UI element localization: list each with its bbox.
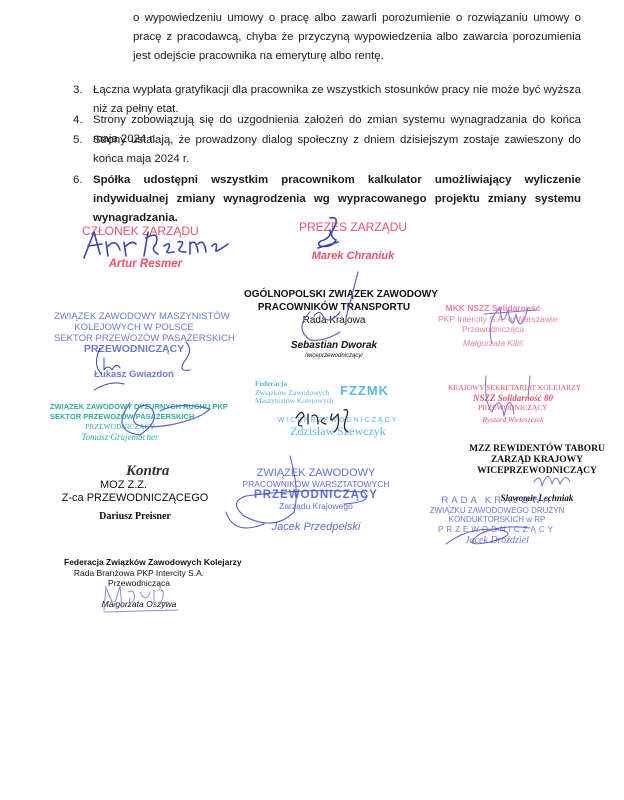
stamp-line: Zarządu Krajowego bbox=[236, 501, 396, 512]
signature-ksk: KRAJOWY SEKRETARIAT KOLEJARZY NSZZ Solid… bbox=[448, 383, 578, 425]
logo-text: FZZMK bbox=[340, 383, 389, 398]
signature-czlonek-zarzadu: CZŁONEK ZARZĄDU Artur Resmer bbox=[82, 224, 199, 270]
signatory-role: PRZEWODNICZĄCY bbox=[54, 344, 214, 355]
stamp-line: OGÓLNOPOLSKI ZWIĄZEK ZAWODOWY bbox=[244, 288, 424, 301]
signature-mkk-nszz: MKK NSZZ Solidarność PKP Intercity S.A. … bbox=[438, 303, 548, 348]
signatory-role: /wiceprzewodniczący/ bbox=[244, 352, 424, 360]
stamp-line: KOLEJOWYCH W POLSCE bbox=[54, 322, 214, 333]
signatory-name: Tomasz Grajemacher bbox=[50, 432, 190, 442]
stamp-line: PRACOWNIKÓW TRANSPORTU bbox=[244, 301, 424, 314]
stamp-line: Rada Branżowa PKP Intercity S.A. bbox=[64, 568, 214, 579]
signature-ozzpt: OGÓLNOPOLSKI ZWIĄZEK ZAWODOWY PRACOWNIKÓ… bbox=[244, 288, 424, 360]
stamp-line: MZZ REWIDENTÓW TABORU bbox=[462, 444, 612, 455]
signatory-name: Jacek Droździel bbox=[427, 536, 567, 546]
signatory-name: Ryszard Wieteszczek bbox=[448, 415, 578, 425]
signatory-name: Artur Resmer bbox=[92, 258, 199, 270]
list-item: 5. Strony ustalają, że prowadzony dialog… bbox=[73, 131, 581, 169]
signatory-name: Małgorzata Kiliś bbox=[438, 338, 548, 349]
stamp-title: CZŁONEK ZARZĄDU bbox=[82, 224, 199, 238]
stamp-line: KRAJOWY SEKRETARIAT KOLEJARZY bbox=[448, 383, 578, 393]
signatory-role: PRZEWODNICZĄCY bbox=[236, 490, 396, 501]
list-item-number: 4. bbox=[73, 111, 91, 130]
signatory-name: Zdzisław Szewczyk bbox=[268, 425, 408, 437]
signatory-role: PRZEWODNICZĄCY bbox=[448, 403, 578, 413]
stamp-line: ZARZĄD KRAJOWY bbox=[462, 455, 612, 466]
signature-zzpw: ZWIĄZEK ZAWODOWY PRACOWNIKÓW WARSZTATOWY… bbox=[236, 468, 396, 533]
signatory-role: Przewodnicząca bbox=[64, 578, 214, 589]
kontra-logo: Kontra bbox=[126, 463, 169, 480]
stamp-line: SEKTOR PRZEWOZÓW PASAŻERSKICH bbox=[50, 412, 190, 422]
signature-fzzk: Federacja Związków Zawodowych Kolejarzy … bbox=[64, 557, 214, 609]
stamp-line: Rada Krajowa bbox=[244, 314, 424, 327]
list-item-number: 6. bbox=[73, 171, 91, 190]
signature-zzdr: ZWIĄZEK ZAWODOWY DYŻURNYCH RUCHU PKP SEK… bbox=[50, 402, 190, 442]
fzzmk-role-block: WICEPRZEWODNICZĄCY Zdzisław Szewczyk bbox=[268, 416, 408, 437]
signatory-role: WICEPRZEWODNICZĄCY bbox=[462, 466, 612, 477]
signature-fzzmk: Federacja Związków Zawodowych Maszynistó… bbox=[255, 380, 334, 406]
logo-text: Kontra bbox=[126, 463, 169, 480]
stamp-line: NSZZ Solidarność 80 bbox=[448, 393, 578, 403]
stamp-line: ZWIĄZEK ZAWODOWY MASZYNISTÓW bbox=[54, 311, 214, 322]
stamp-title: PREZES ZARZĄDU bbox=[299, 220, 407, 234]
document-page: o wypowiedzeniu umowy o pracę albo zawar… bbox=[0, 0, 624, 800]
stamp-line: ZWIĄZEK ZAWODOWY bbox=[236, 468, 396, 479]
list-item-text: Strony ustalają, że prowadzony dialog sp… bbox=[93, 131, 581, 169]
signatory-name: Marek Chraniuk bbox=[299, 250, 407, 262]
signature-zzm: ZWIĄZEK ZAWODOWY MASZYNISTÓW KOLEJOWYCH … bbox=[54, 311, 214, 380]
stamp-line: PKP Intercity S.A. w Warszawie bbox=[438, 314, 548, 325]
stamp-line: Federacja Związków Zawodowych Kolejarzy bbox=[64, 557, 214, 568]
stamp-line: ZWIĄZEK ZAWODOWY DYŻURNYCH RUCHU PKP bbox=[50, 402, 190, 412]
signatory-name: Dariusz Preisner bbox=[60, 510, 210, 523]
signature-prezes-zarzadu: PREZES ZARZĄDU Marek Chraniuk bbox=[299, 220, 407, 262]
signatory-name: Łukasz Gwiazdoń bbox=[54, 369, 214, 380]
stamp-line: ZWIĄZKU ZAWODOWEGO DRUŻYN bbox=[427, 506, 567, 516]
signatory-role: Z-ca PRZEWODNICZĄCEGO bbox=[60, 492, 210, 505]
stamp-line: MOZ Z.Z. bbox=[100, 479, 210, 492]
stamp-line: RADA KRAJOWA bbox=[427, 496, 567, 506]
list-item-number: 5. bbox=[73, 131, 91, 150]
stamp-line: Maszynistów Kolejowych bbox=[255, 397, 334, 406]
list-item-number: 3. bbox=[73, 81, 91, 100]
signatory-role: PRZEWODNICZĄCY bbox=[427, 525, 567, 535]
signature-zzdk: RADA KRAJOWA ZWIĄZKU ZAWODOWEGO DRUŻYN K… bbox=[427, 496, 567, 546]
paragraph-continuation: o wypowiedzeniu umowy o pracę albo zawar… bbox=[133, 9, 581, 66]
stamp-line: MKK NSZZ Solidarność bbox=[438, 303, 548, 314]
fzzmk-logo: FZZMK bbox=[340, 383, 389, 398]
signatory-name: Jacek Przedpełski bbox=[236, 522, 396, 533]
signature-moz-kontra: MOZ Z.Z. Z-ca PRZEWODNICZĄCEGO Dariusz P… bbox=[60, 479, 210, 523]
signatory-name: Małgorzata Oszywa bbox=[64, 599, 214, 610]
stamp-line: KONDUKTORSKICH w RP bbox=[427, 515, 567, 525]
signatory-role: PRZEWODNICZĄCY bbox=[50, 422, 190, 432]
signatory-role: Przewodnicząca bbox=[438, 324, 548, 335]
signatory-name: Sebastian Dworak bbox=[244, 339, 424, 352]
